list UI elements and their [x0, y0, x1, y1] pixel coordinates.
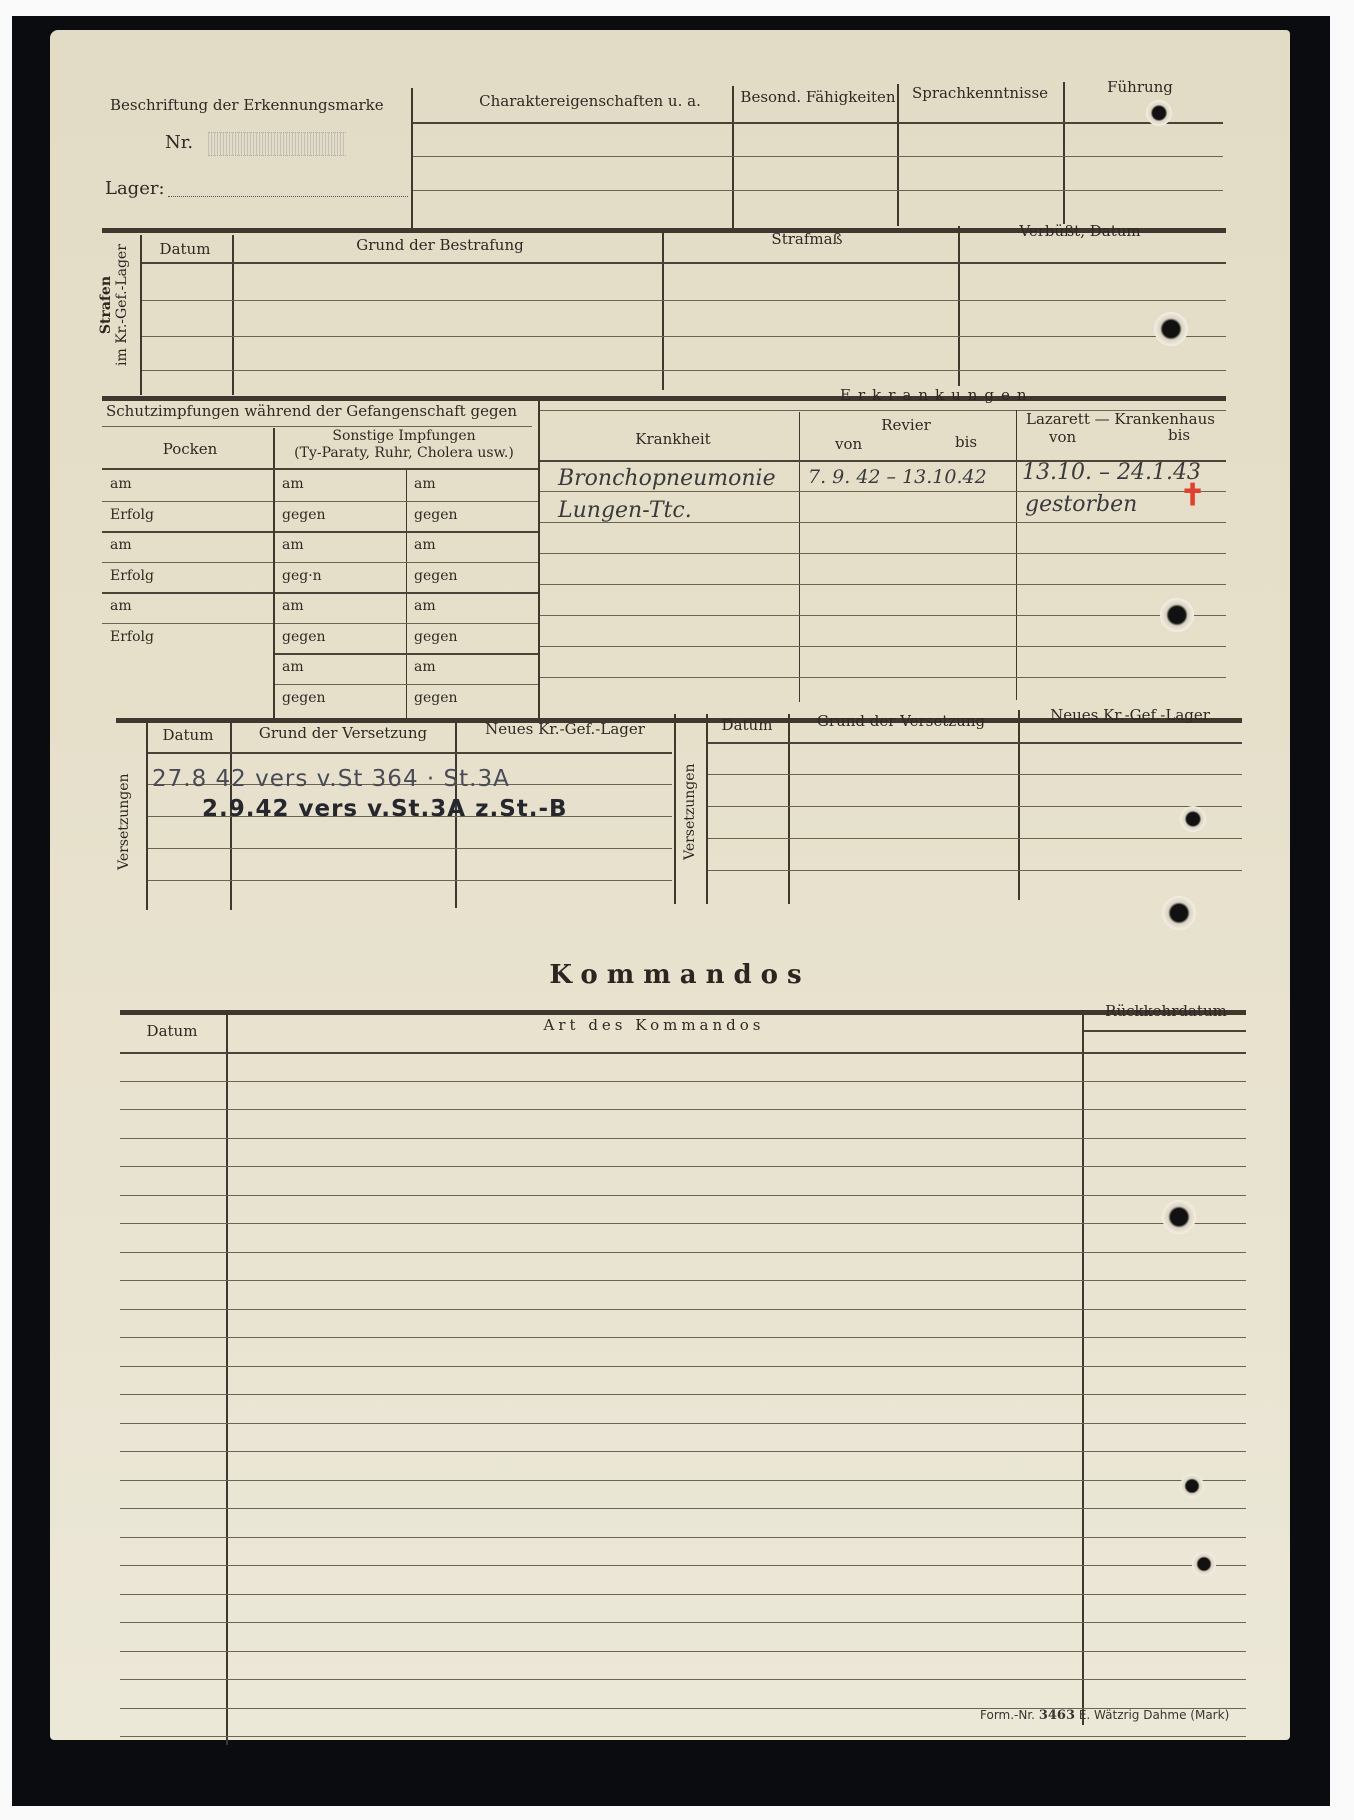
divider [1016, 410, 1017, 700]
rule [120, 1394, 1246, 1395]
other-vaccination-field[interactable]: geg·n [282, 568, 322, 584]
other-vaccination-field[interactable]: gegen [414, 629, 458, 645]
rule [120, 1622, 1246, 1623]
rule [120, 1010, 1246, 1015]
rule [120, 1679, 1246, 1680]
divider [1063, 82, 1065, 224]
lager-label: Lager: [105, 178, 165, 199]
punch-hole [1180, 1474, 1204, 1498]
rule [120, 1508, 1246, 1509]
rule [540, 615, 1226, 616]
illnesses-title: Erkrankungen [840, 386, 1034, 404]
divider [897, 84, 899, 226]
rule [708, 838, 1242, 839]
lager-field[interactable] [168, 196, 408, 197]
col-transfer-reason-2: Grund der Versetzung [817, 712, 985, 730]
rule [120, 1109, 1246, 1110]
rule [540, 646, 1226, 647]
divider [146, 720, 148, 910]
rule [120, 1337, 1246, 1338]
rule [708, 774, 1242, 775]
death-note: gestorben [1025, 492, 1137, 517]
rule [275, 653, 538, 655]
other-vaccination-field[interactable]: gegen [282, 690, 326, 706]
col-conduct: Führung [1107, 78, 1173, 96]
rule [275, 531, 538, 533]
rule [148, 752, 672, 754]
col-transfer-date-2: Datum [722, 716, 773, 734]
other-vaccination-field[interactable]: am [414, 537, 436, 553]
identity-tag-label: Beschriftung der Erkennungsmarke [110, 96, 384, 114]
rule [102, 592, 273, 594]
col-languages: Sprachkenntnisse [912, 84, 1048, 102]
punch-hole [1192, 1552, 1216, 1576]
col-kommando-date: Datum [147, 1022, 198, 1040]
punch-hole [1162, 1200, 1196, 1234]
rule [120, 1195, 1246, 1196]
divider [232, 235, 234, 395]
rule [1084, 1030, 1246, 1032]
form-footer: Form.-Nr. 3463 E. Wätzrig Dahme (Mark) [980, 1708, 1229, 1723]
divider [273, 428, 275, 718]
punch-hole [1154, 312, 1188, 346]
divider [958, 226, 960, 386]
rule [120, 1451, 1246, 1452]
rule [120, 1081, 1246, 1082]
rule [102, 623, 273, 624]
rule [102, 396, 1226, 401]
other-vaccination-field[interactable]: am [282, 476, 304, 492]
rule [275, 592, 538, 594]
divider [732, 86, 734, 228]
pow-record-card-back: Beschriftung der Erkennungsmarke Nr. Lag… [50, 30, 1290, 1740]
smallpox-field-erfolg[interactable]: Erfolg [110, 507, 154, 523]
other-vaccination-field[interactable]: gegen [282, 507, 326, 523]
other-vaccination-field[interactable]: am [414, 476, 436, 492]
rule [275, 562, 538, 563]
transfers-right-side-label: Versetzungen [682, 763, 698, 860]
vaccinations-title: Schutzimpfungen während der Gefangenscha… [106, 402, 517, 420]
rule [708, 870, 1242, 871]
rule [708, 742, 1242, 744]
punch-hole [1180, 806, 1206, 832]
smallpox-field-erfolg[interactable]: Erfolg [110, 568, 154, 584]
hospital-from-label: von [1049, 428, 1076, 446]
col-new-camp: Neues Kr.-Gef.-Lager [485, 720, 645, 738]
other-vaccination-field[interactable]: gegen [414, 568, 458, 584]
divider [226, 1015, 228, 1745]
infirmary-from-label: von [835, 435, 862, 453]
rule [120, 1280, 1246, 1281]
smallpox-field-am[interactable]: am [110, 537, 132, 553]
col-kommando-type: Art des Kommandos [544, 1016, 765, 1034]
rule [142, 336, 1226, 337]
rule [275, 623, 538, 624]
other-vaccination-field[interactable]: am [414, 659, 436, 675]
col-date: Datum [160, 240, 211, 258]
rule [120, 1423, 1246, 1424]
divider [1018, 710, 1020, 900]
col-other-vaccinations: Sonstige Impfungen (Ty-Paraty, Ruhr, Cho… [294, 428, 514, 462]
punch-hole [1162, 896, 1196, 930]
rule [102, 468, 538, 470]
rule [142, 262, 1226, 264]
other-vaccination-field[interactable]: am [282, 537, 304, 553]
col-punishment-reason: Grund der Bestrafung [356, 236, 523, 254]
divider [674, 714, 676, 904]
divider [538, 396, 540, 718]
rule [142, 300, 1226, 301]
rule [120, 1565, 1246, 1566]
col-new-camp-2: Neues Kr.-Gef.-Lager [1050, 706, 1210, 724]
rule [120, 1480, 1246, 1481]
divider [662, 230, 664, 390]
illness-name: Bronchopneumonie [558, 466, 776, 491]
infirmary-dates: 7. 9. 42 – 13.10.42 [808, 466, 987, 488]
rule [413, 190, 1223, 191]
death-cross-icon: ✝ [1180, 478, 1205, 513]
hospital-dates: 13.10. – 24.1.43 [1022, 460, 1201, 485]
col-penalty: Strafmaß [771, 230, 842, 248]
rule [120, 1537, 1246, 1538]
rule [120, 1223, 1246, 1224]
rule [148, 848, 672, 849]
rule [120, 1138, 1246, 1139]
other-vaccination-field[interactable]: am [282, 598, 304, 614]
rule [120, 1252, 1246, 1253]
rule [413, 156, 1223, 157]
divider [411, 88, 413, 230]
rule [120, 1651, 1246, 1652]
nr-label: Nr. [165, 132, 193, 153]
smallpox-field-am[interactable]: am [110, 598, 132, 614]
rule [413, 122, 1223, 124]
divider [1082, 1010, 1084, 1725]
col-special-skills: Besond. Fähigkeiten [740, 88, 895, 106]
punishments-side-label: Strafen im Kr.-Gef.-Lager [98, 244, 130, 366]
rule [102, 426, 532, 427]
rule [120, 1309, 1246, 1310]
rule [275, 684, 538, 685]
rule [142, 370, 1226, 371]
illness-name-line2: Lungen-Ttc. [558, 498, 692, 523]
transfer-stamp-2: 2.9.42 vers v.St.3A z.St.-B [202, 796, 568, 822]
rule [708, 806, 1242, 807]
rule [120, 1166, 1246, 1167]
col-return-date: Rückkehrdatum [1105, 1002, 1227, 1020]
rule [275, 501, 538, 502]
divider [799, 412, 800, 702]
col-transfer-date: Datum [163, 726, 214, 744]
rule [540, 553, 1226, 554]
col-transfer-reason: Grund der Versetzung [259, 724, 427, 742]
rule [148, 880, 672, 881]
divider [140, 235, 142, 395]
rule [102, 531, 273, 533]
rule [540, 677, 1226, 678]
kommandos-title: Kommandos [549, 960, 810, 990]
rule [102, 501, 273, 502]
col-infirmary: Revier [881, 416, 931, 434]
nr-field[interactable] [208, 132, 346, 156]
rule [120, 1366, 1246, 1367]
punch-hole [1146, 100, 1172, 126]
col-character: Charaktereigenschaften u. a. [479, 92, 701, 110]
rule [120, 1052, 1246, 1054]
infirmary-to-label: bis [955, 433, 977, 451]
other-vaccination-field[interactable]: am [414, 598, 436, 614]
divider [406, 470, 407, 718]
other-vaccination-field[interactable]: gegen [282, 629, 326, 645]
rule [120, 1736, 1246, 1737]
rule [102, 562, 273, 563]
other-vaccination-field[interactable]: am [282, 659, 304, 675]
rule [540, 584, 1226, 585]
transfer-stamp-1: 27.8 42 vers v.St 364 · St.3A [152, 766, 510, 792]
transfers-left-side-label: Versetzungen [116, 773, 132, 870]
smallpox-field-am[interactable]: am [110, 476, 132, 492]
hospital-to-label: bis [1168, 426, 1190, 444]
col-smallpox: Pocken [163, 440, 218, 458]
other-vaccination-field[interactable]: gegen [414, 690, 458, 706]
smallpox-field-erfolg[interactable]: Erfolg [110, 629, 154, 645]
other-vaccination-field[interactable]: gegen [414, 507, 458, 523]
rule [120, 1594, 1246, 1595]
col-served-date: Verbüßt, Datum [1019, 222, 1140, 240]
col-illness: Krankheit [635, 430, 710, 448]
punch-hole [1160, 598, 1194, 632]
